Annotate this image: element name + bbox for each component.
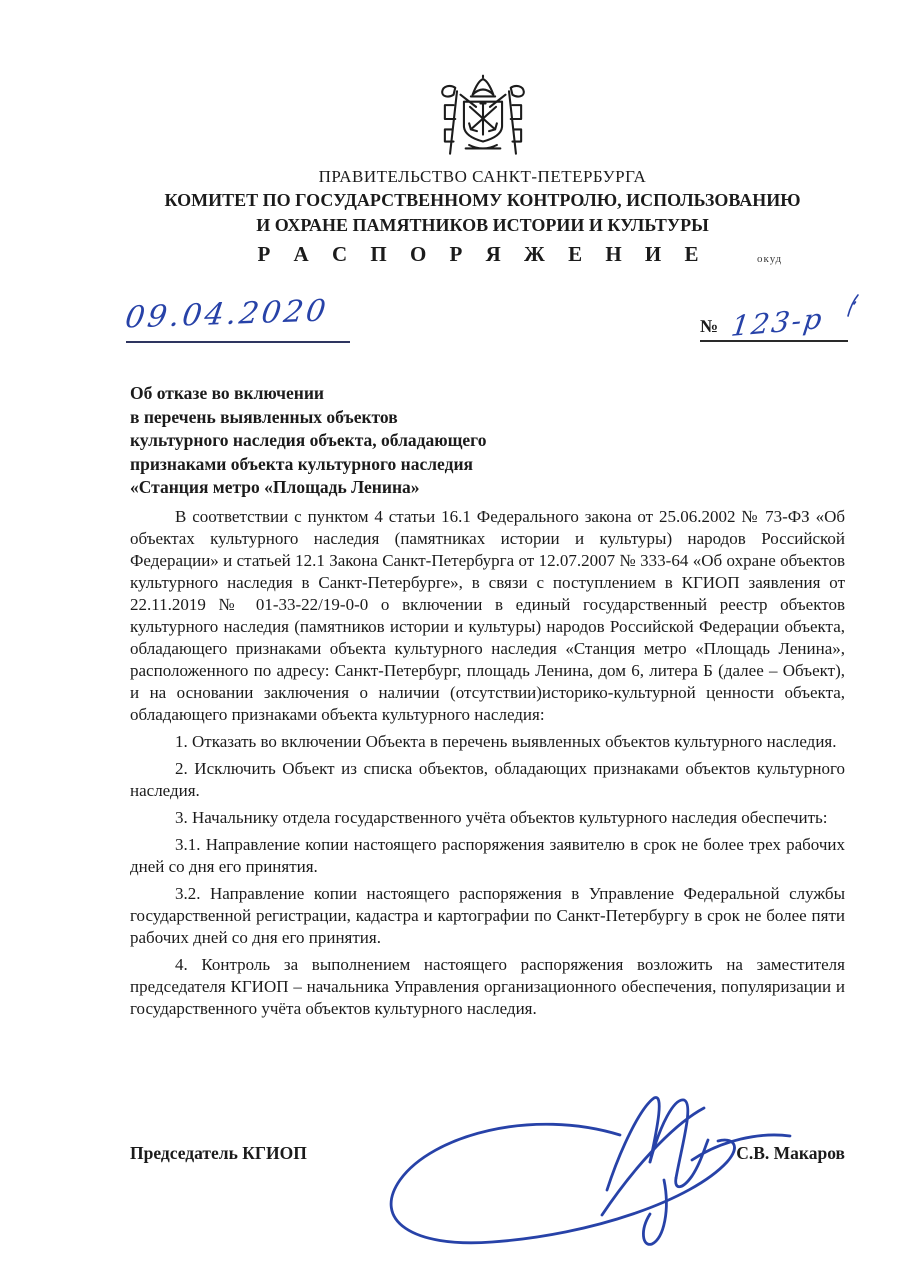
committee-name-line2: И ОХРАНЕ ПАМЯТНИКОВ ИСТОРИИ И КУЛЬТУРЫ	[55, 213, 909, 238]
okud-form-code-label: окуд	[757, 253, 782, 265]
document-body: В соответствии с пунктом 4 статьи 16.1 Ф…	[130, 506, 845, 1025]
government-name: ПРАВИТЕЛЬСТВО САНКТ-ПЕТЕРБУРГА	[55, 166, 909, 188]
committee-name-line1: КОМИТЕТ ПО ГОСУДАРСТВЕННОМУ КОНТРОЛЮ, ИС…	[55, 188, 909, 213]
stray-pen-mark	[840, 290, 868, 326]
paragraph-item-3-2: 3.2. Направление копии настоящего распор…	[130, 883, 845, 949]
paragraph-item-4: 4. Контроль за выполнением настоящего ра…	[130, 954, 845, 1020]
subject-line: признаками объекта культурного наследия	[130, 453, 630, 477]
subject-line: Об отказе во включении	[130, 382, 630, 406]
subject-line: культурного наследия объекта, обладающег…	[130, 429, 630, 453]
subject-line: «Станция метро «Площадь Ленина»	[130, 476, 630, 500]
date-field: 09.04.2020	[126, 297, 356, 332]
coat-of-arms-icon	[431, 74, 535, 164]
subject-block: Об отказе во включении в перечень выявле…	[130, 382, 630, 500]
date-underline	[126, 341, 350, 343]
number-field: №123-р	[700, 306, 860, 339]
paragraph-item-1: 1. Отказать во включении Объекта в переч…	[130, 731, 845, 753]
number-sign: №	[700, 316, 718, 336]
paragraph-preamble: В соответствии с пунктом 4 статьи 16.1 Ф…	[130, 506, 845, 726]
document-header: ПРАВИТЕЛЬСТВО САНКТ-ПЕТЕРБУРГА КОМИТЕТ П…	[55, 74, 909, 267]
handwritten-date: 09.04.2020	[123, 293, 331, 335]
handwritten-signature	[352, 1090, 797, 1260]
paragraph-item-2: 2. Исключить Объект из списка объектов, …	[130, 758, 845, 802]
document-page: ПРАВИТЕЛЬСТВО САНКТ-ПЕТЕРБУРГА КОМИТЕТ П…	[0, 0, 909, 1285]
handwritten-number: 123-р	[729, 302, 825, 343]
paragraph-item-3-1: 3.1. Направление копии настоящего распор…	[130, 834, 845, 878]
number-underline	[700, 340, 848, 342]
signer-position-label: Председатель КГИОП	[130, 1143, 307, 1164]
paragraph-item-3: 3. Начальнику отдела государственного уч…	[130, 807, 845, 829]
subject-line: в перечень выявленных объектов	[130, 406, 630, 430]
